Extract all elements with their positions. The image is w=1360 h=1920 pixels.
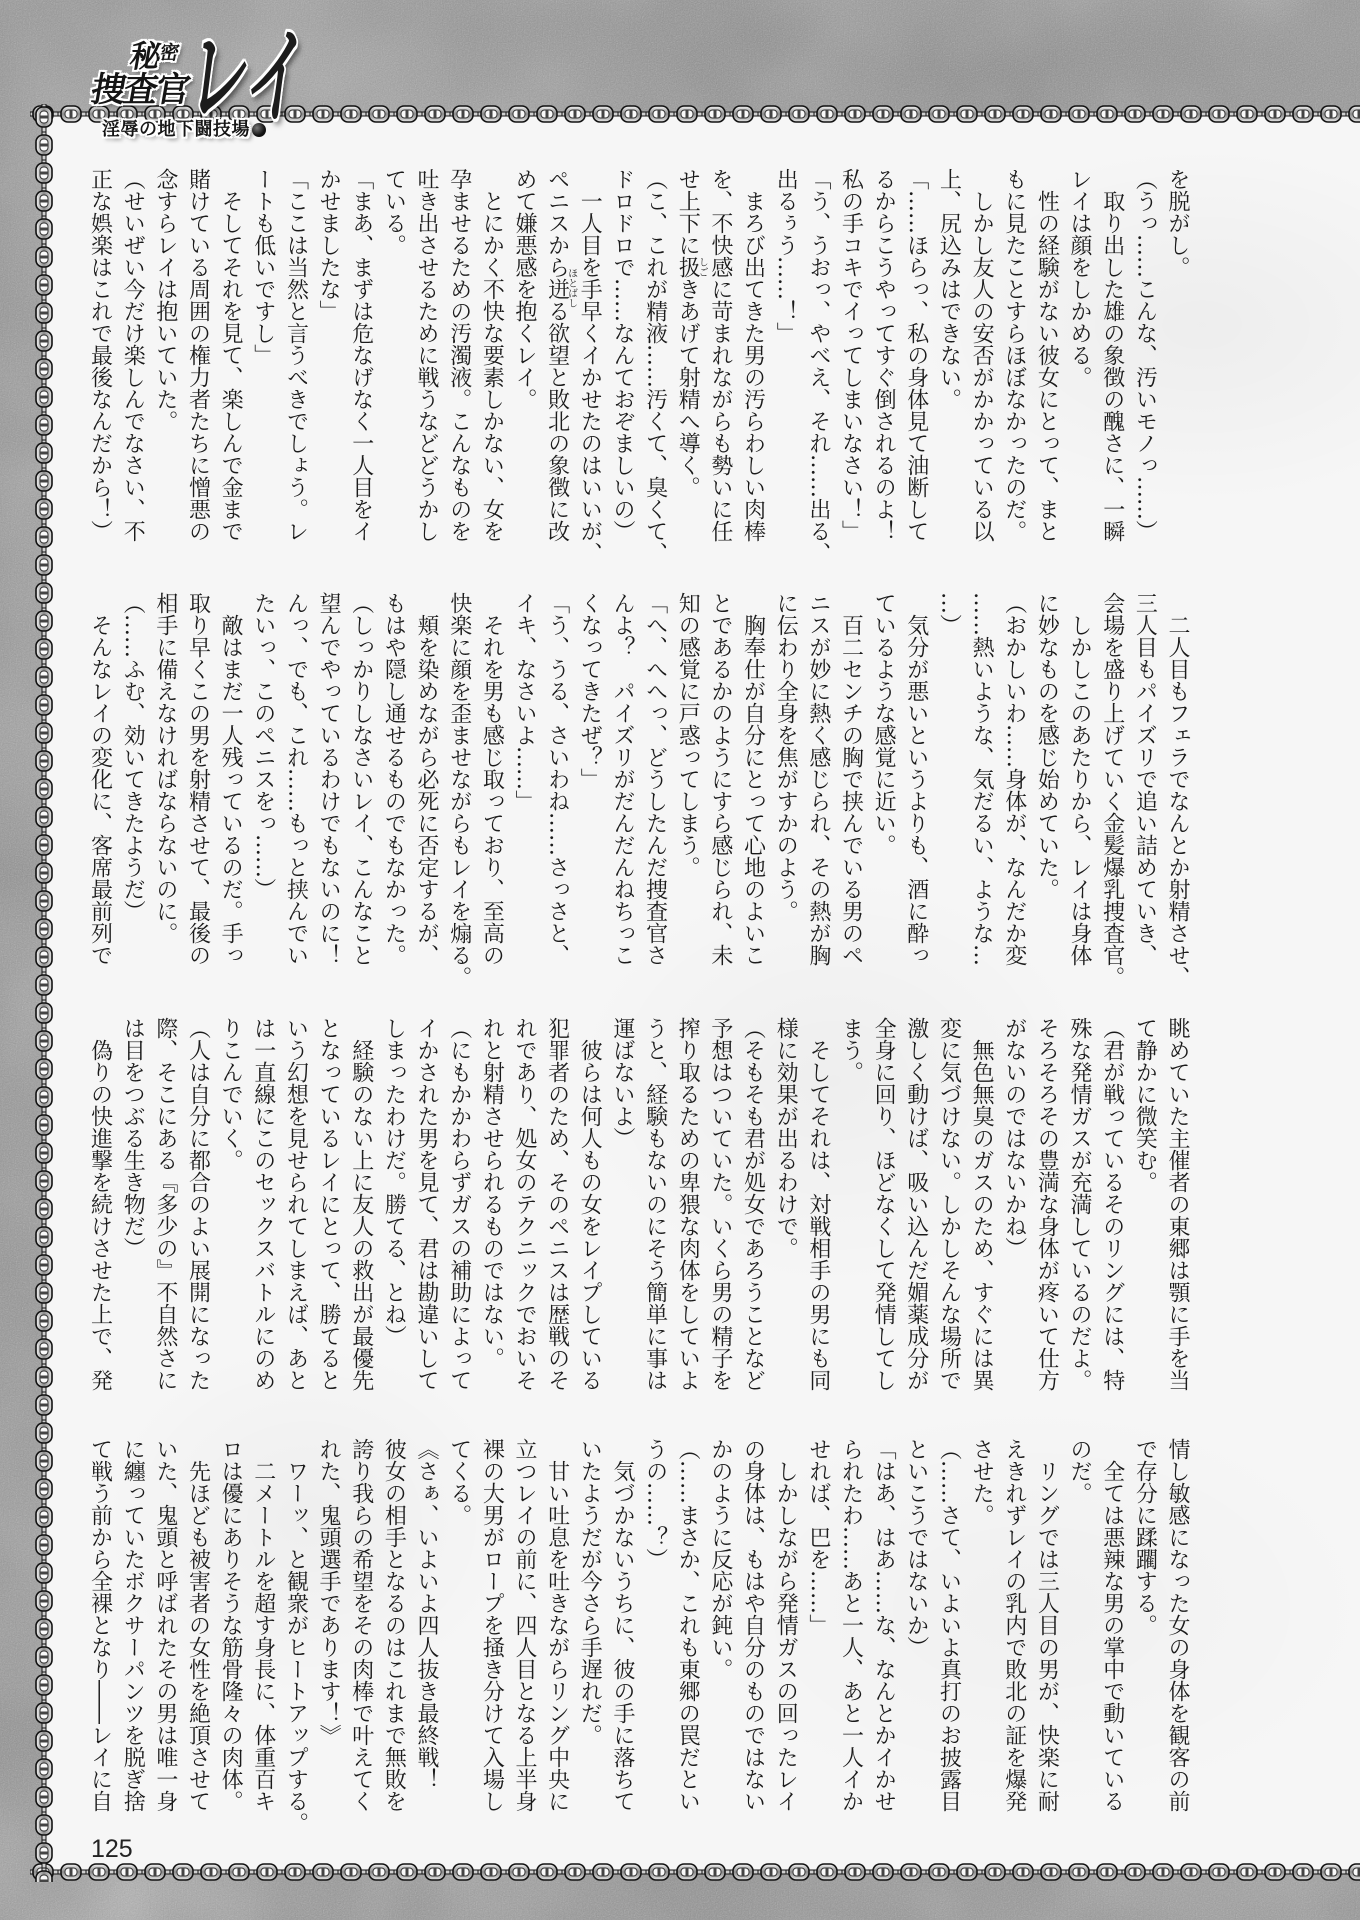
chain-border-left — [34, 104, 54, 1882]
ruby-annotation: しご — [696, 257, 706, 277]
ruby-annotation: ほとばし — [566, 268, 576, 308]
logo-emblem-dot-icon — [252, 123, 266, 137]
logo-title-name: レイ — [182, 22, 313, 132]
logo-subtitle: 淫辱の地下闘技場 — [102, 120, 250, 140]
title-logo: 秘 密 捜査官 レイ 淫辱の地下闘技場 — [0, 0, 360, 150]
page-number: 125 — [91, 1835, 133, 1864]
logo-title-char-2: 密 — [158, 44, 180, 63]
page-panel — [44, 114, 1360, 1872]
logo-title-main: 捜査官 — [89, 72, 191, 108]
chain-border-bottom — [30, 1862, 1360, 1882]
